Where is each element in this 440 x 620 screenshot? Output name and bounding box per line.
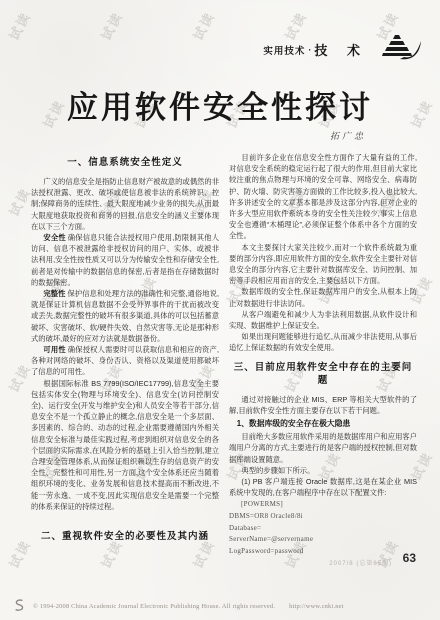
code-line: Database= bbox=[229, 523, 417, 535]
journal-header: 实用技术 · 技 术 bbox=[263, 34, 422, 65]
cnki-url: http://www.cnki.net bbox=[289, 603, 344, 610]
code-line: LogPassword=password bbox=[229, 546, 417, 558]
section-heading-1: 一、信息系统安全性定义 bbox=[31, 156, 219, 169]
pyramid-logo-icon bbox=[374, 34, 422, 65]
section-heading-3: 三、目前应用软件安全中存在的主要问题 bbox=[229, 361, 417, 387]
copyright-bar: © 1994-2008 China Academic Journal Elect… bbox=[14, 599, 432, 614]
code-line: DBMS=OR8 Oracle8/8i bbox=[229, 511, 417, 523]
code-line: [POWERMS] bbox=[229, 499, 417, 511]
section-heading-2: 二、重视软件安全的必要性及其内涵 bbox=[31, 530, 219, 543]
code-line: ServerName=@servername bbox=[229, 534, 417, 546]
journal-column-label: 技 术 bbox=[314, 40, 368, 59]
paragraph: 广义的信息安全是指防止信息财产被故意的或偶然的非法授权泄露、更改、破坏或使信息被… bbox=[31, 176, 219, 232]
header-separator-dot: · bbox=[308, 45, 311, 55]
page-number: 63 bbox=[403, 551, 416, 565]
page-root: { "page": { "header": { "section_small":… bbox=[0, 0, 440, 620]
config-code-block: [POWERMS] DBMS=OR8 Oracle8/8i Database= … bbox=[229, 499, 417, 557]
sub-heading-1: 1、数据库级的安全存在极大隐患 bbox=[229, 418, 417, 429]
paragraph: 根据国际标准 BS 7799(ISO/IEC17799),信息安全主要包括实体安… bbox=[31, 378, 219, 512]
term-label: 安全性 bbox=[43, 233, 65, 242]
cnki-logo-icon bbox=[14, 599, 25, 614]
watermark-stamp: 试读 bbox=[4, 184, 35, 219]
term-definition-integrity: 完整性保护信息和处理方法的准确性和完整,通俗地说,就是保证计算机信息数据不会受外… bbox=[31, 288, 219, 344]
term-definition-confidentiality: 安全性确保信息只能合法授权用户使用,防限制其他人访问、信息不被泄露给非授权访问的… bbox=[31, 232, 219, 288]
paragraph: (1) PB 客户端连接 Oracle 数据库,这是在某企业 MIS 系统中发现… bbox=[229, 476, 417, 498]
term-label: 完整性 bbox=[43, 289, 65, 298]
paragraph: 数据库级的安全性,保证数据库用户的安全,从根本上防止对数据进行非法访问。 bbox=[229, 286, 417, 308]
term-definition-availability: 可用性确保授权人需要时可以获取信息和相应的资产,各种对网络的破坏、身份否认、资格… bbox=[31, 344, 219, 378]
copyright-notice: © 1994-2008 China Academic Journal Elect… bbox=[33, 603, 275, 610]
watermark-stamp: 试读 bbox=[4, 8, 35, 43]
watermark-stamp: 试读 bbox=[4, 360, 35, 395]
author-name: 拓广忠 bbox=[330, 129, 366, 142]
journal-section-label: 实用技术 bbox=[263, 43, 305, 57]
paragraph: 典型的步骤如下所示。 bbox=[229, 465, 417, 476]
paragraph: 如果出现问题能够进行追忆,从而减少非法使用,从事后追忆上保证数据的有效安全使用。 bbox=[229, 331, 417, 353]
column-right: 目前许多企业在信息安全性方面作了大量有益的工作,对信息安全系统的稳定运行起了很大… bbox=[229, 152, 417, 557]
paragraph: 从客户端避免和减少人为非法利用数据,从软件设计和实现、数据维护上保证安全。 bbox=[229, 309, 417, 331]
watermark-stamp: 试读 bbox=[96, 8, 127, 43]
watermark-stamp: 试读 bbox=[188, 8, 219, 43]
footer-issue-info: 2007/8 (总第65期) bbox=[329, 558, 392, 567]
article-title: 应用软件安全性探讨 bbox=[0, 82, 440, 127]
watermark-stamp: 试读 bbox=[4, 536, 35, 571]
paragraph: 本文主要探讨大家关注较少,而对一个软件系统最为重要的部分内容,即应用软件方面的安… bbox=[229, 242, 417, 287]
paragraph: 通过对接触过的企业 MIS、ERP 等相关大型软件的了解,目前软件安全性方面主要… bbox=[229, 394, 417, 416]
term-label: 可用性 bbox=[43, 345, 65, 354]
column-left: 一、信息系统安全性定义 广义的信息安全是指防止信息财产被故意的或偶然的非法授权泄… bbox=[31, 156, 219, 550]
paragraph: 目前许多企业在信息安全性方面作了大量有益的工作,对信息安全系统的稳定运行起了很大… bbox=[229, 152, 417, 242]
paragraph: 目前绝大多数应用软件采用的是数据库用户和应用客户端用户分离的方式,主要进行的是客… bbox=[229, 431, 417, 465]
